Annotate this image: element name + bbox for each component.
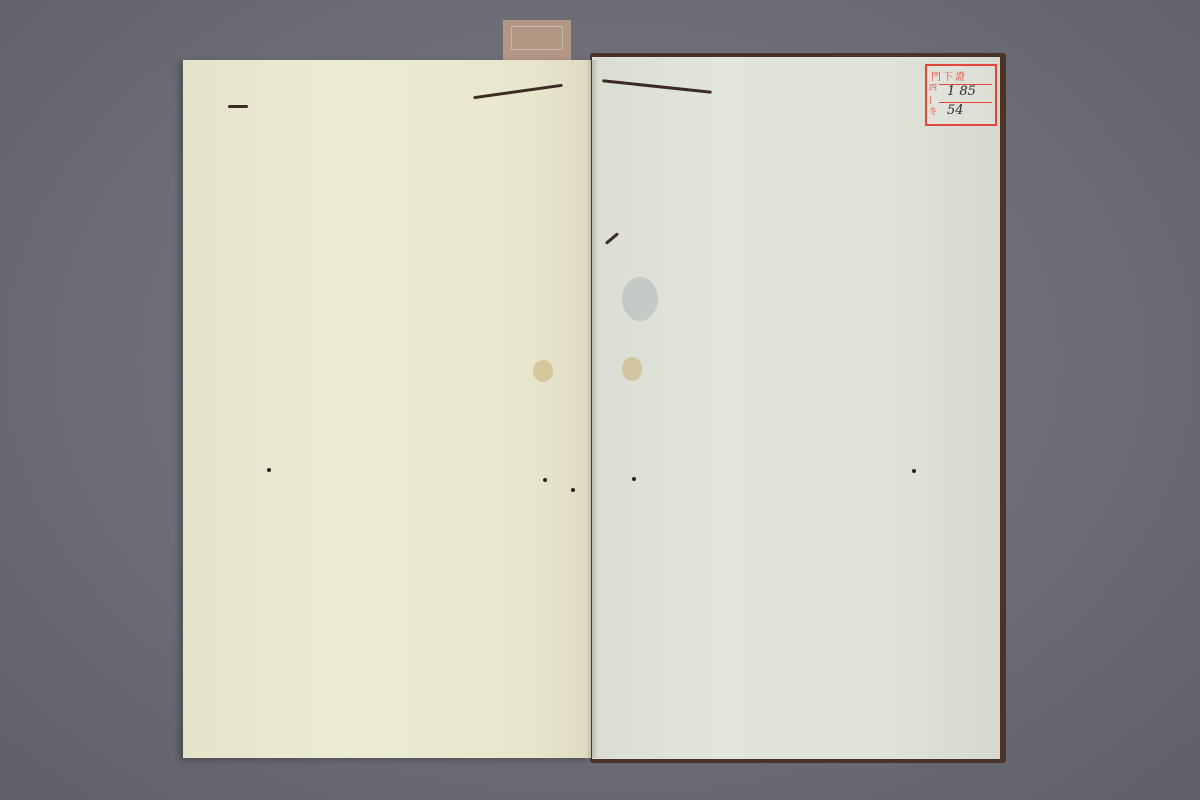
wormhole-trail — [602, 79, 712, 93]
stamp-side-text: 四 | 冬 — [929, 82, 939, 118]
ownership-seal-stamp: 門下證 四 | 冬 1 85 54 — [925, 64, 997, 126]
wormhole-trail — [228, 105, 248, 108]
stain — [533, 360, 553, 382]
stitch-hole — [632, 477, 636, 481]
wormhole-trail — [605, 232, 619, 245]
stitch-hole — [571, 488, 575, 492]
wormhole-trail — [473, 84, 563, 99]
right-page — [592, 57, 1000, 759]
stain — [622, 277, 658, 321]
stitch-hole — [267, 468, 271, 472]
stitch-hole — [543, 478, 547, 482]
stitch-hole — [912, 469, 916, 473]
stamp-header: 門下證 — [931, 68, 991, 82]
book-spine-gutter — [586, 60, 598, 758]
stamp-number-bottom: 54 — [947, 103, 964, 118]
tab-label-box — [511, 26, 563, 50]
stain — [622, 357, 642, 381]
stamp-number-top: 1 85 — [947, 84, 976, 99]
left-page — [183, 60, 591, 758]
